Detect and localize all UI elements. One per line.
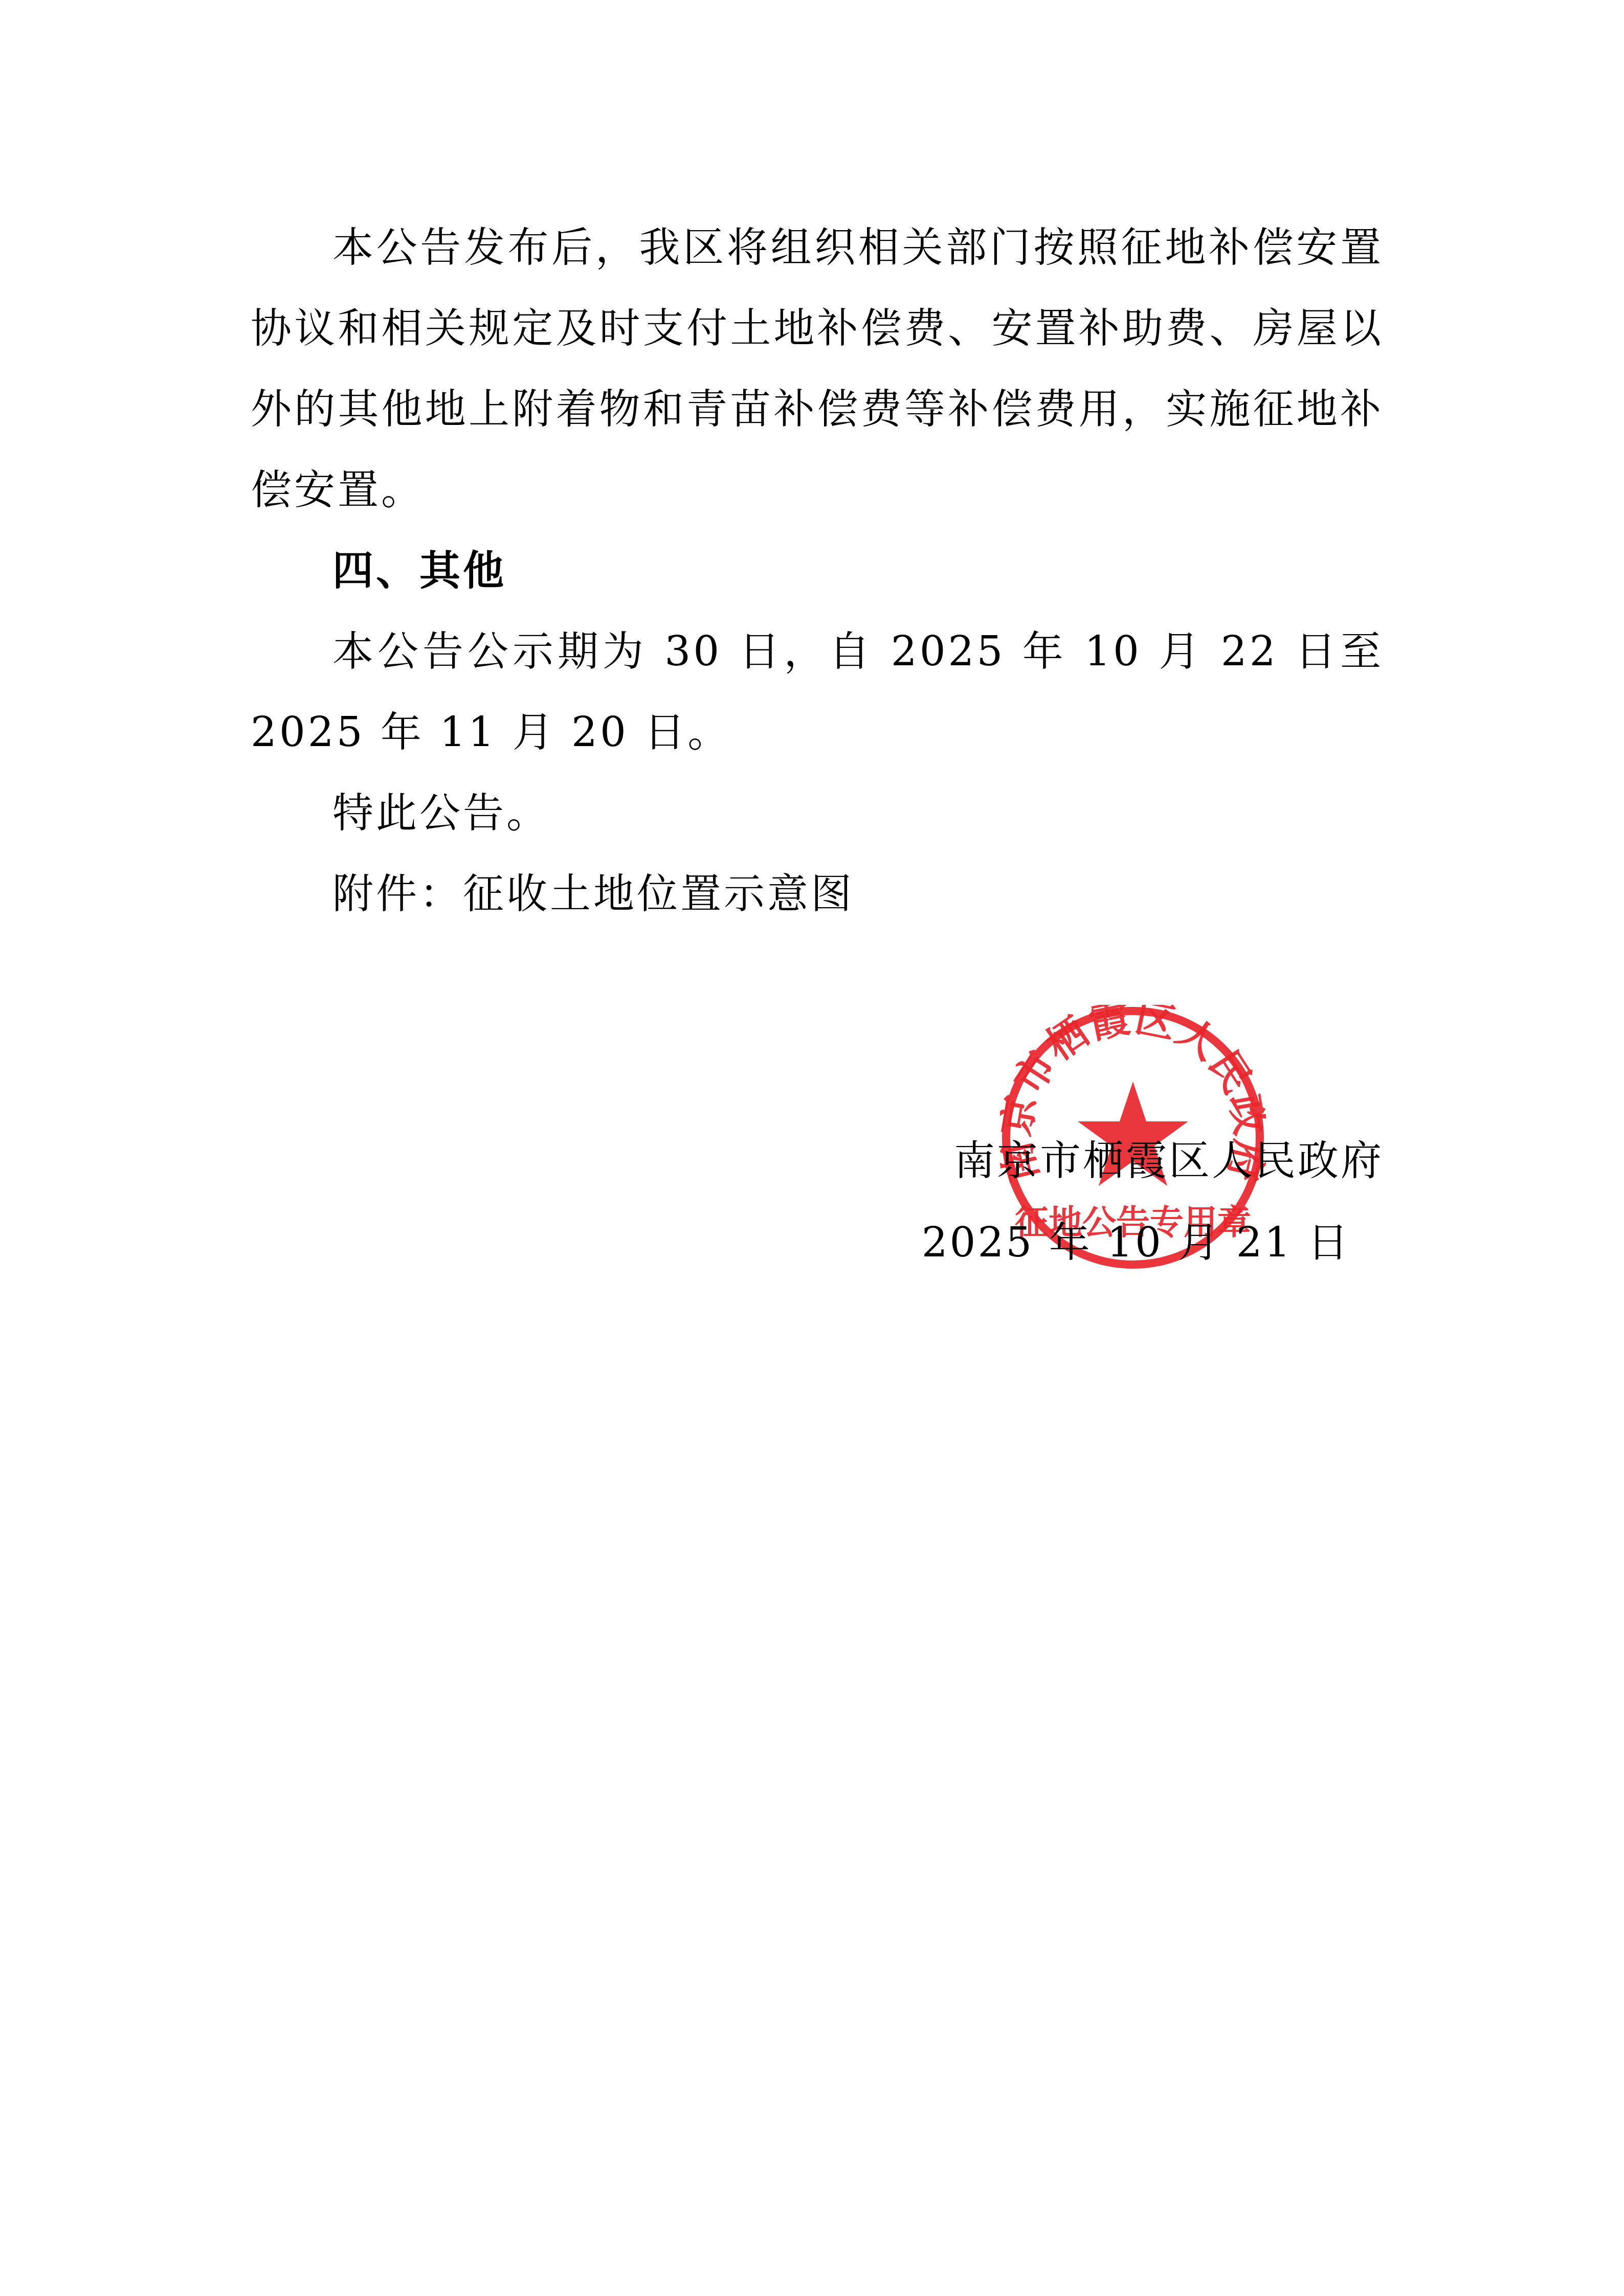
paragraph-closing: 特此公告。 — [251, 773, 1384, 853]
signature-organization: 南京市栖霞区人民政府 — [954, 1128, 1384, 1186]
signature-date: 2025 年 10 月 21 日 — [922, 1209, 1350, 1268]
paragraph-publicity-period: 本公告公示期为 30 日，自 2025 年 10 月 22 日至 2025 年 … — [251, 611, 1384, 773]
document-page: 本公告发布后，我区将组织相关部门按照征地补偿安置协议和相关规定及时支付土地补偿费… — [0, 0, 1624, 2296]
section-heading-other: 四、其他 — [251, 530, 1384, 611]
document-body: 本公告发布后，我区将组织相关部门按照征地补偿安置协议和相关规定及时支付土地补偿费… — [251, 207, 1384, 934]
paragraph-compensation: 本公告发布后，我区将组织相关部门按照征地补偿安置协议和相关规定及时支付土地补偿费… — [251, 207, 1384, 530]
paragraph-attachment: 附件：征收土地位置示意图 — [251, 853, 1384, 934]
